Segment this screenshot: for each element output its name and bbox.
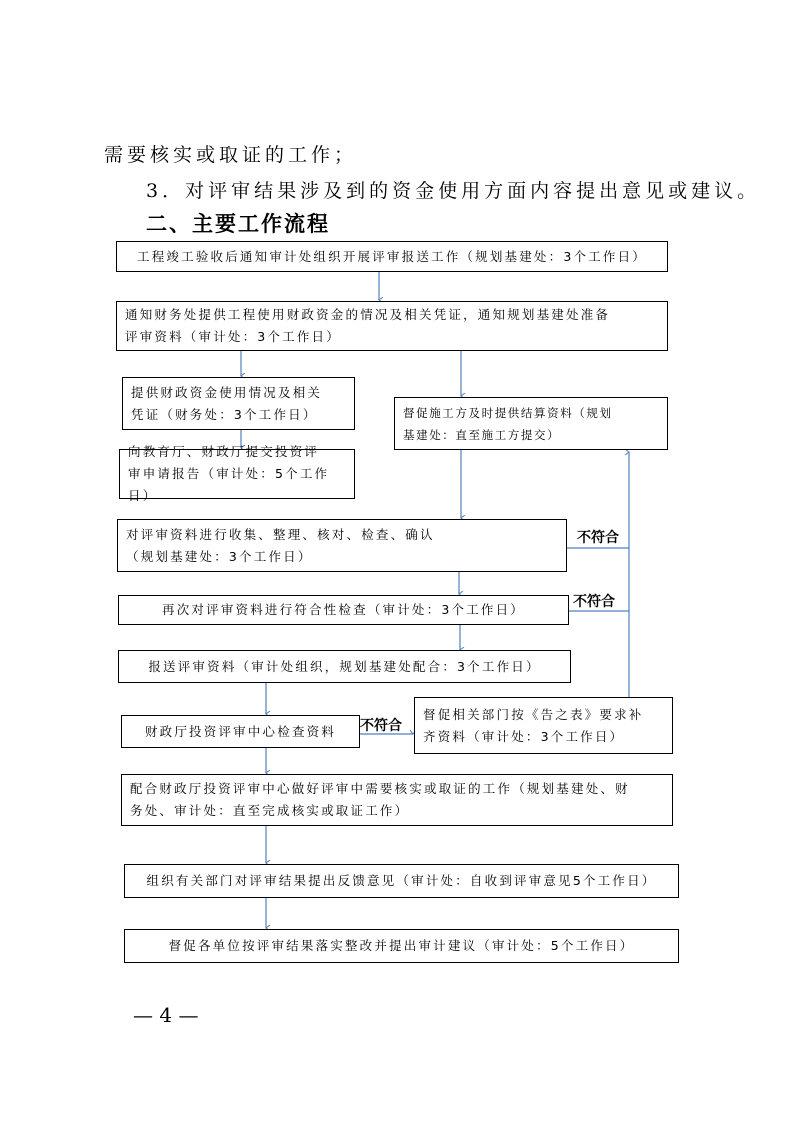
flow-step-text: 报送评审资料（审计处组织，规划基建处配合：3个工作日） — [148, 656, 540, 678]
flow-step-rectification: 督促各单位按评审结果落实整改并提出审计建议（审计处：5个工作日） — [124, 929, 679, 963]
flow-step-text: 再次对评审资料进行符合性检查（审计处：3个工作日） — [162, 599, 525, 621]
flow-step-cooperate-verification: 配合财政厅投资评审中心做好评审中需要核实或取证的工作（规划基建处、财 务处、审计… — [121, 774, 673, 826]
flow-step-completion-notice: 工程竣工验收后通知审计处组织开展评审报送工作（规划基建处：3个工作日） — [116, 241, 668, 272]
flow-step-text-line2: 评审资料（审计处：3个工作日） — [125, 326, 659, 348]
flow-step-text-line1: 配合财政厅投资评审中心做好评审中需要核实或取证的工作（规划基建处、财 — [130, 778, 664, 800]
page-number: — 4 — — [133, 1003, 198, 1027]
section-heading: 二、主要工作流程 — [146, 208, 330, 238]
flow-step-urge-contractor: 督促施工方及时提供结算资料（规划 基建处：直至施工方提交） — [394, 397, 668, 450]
flow-step-text-line2: 务处、审计处：直至完成核实或取证工作） — [130, 800, 664, 822]
flow-step-text-line2: 凭证（财务处：3个工作日） — [131, 404, 346, 426]
body-text-line-1: 需要核实或取证的工作； — [104, 140, 357, 167]
fail-label-3: 不符合 — [360, 715, 402, 735]
flow-step-text-line2: 审申请报告（审计处：5个工作日） — [128, 463, 346, 507]
flow-step-notify-finance: 通知财务处提供工程使用财政资金的情况及相关凭证，通知规划基建处准备 评审资料（审… — [116, 301, 668, 351]
flow-step-text: 财政厅投资评审中心检查资料 — [145, 721, 336, 743]
flow-step-provide-fund-evidence: 提供财政资金使用情况及相关 凭证（财务处：3个工作日） — [122, 377, 355, 430]
flow-step-submit-application: 向教育厅、财政厅提交投资评 审申请报告（审计处：5个工作日） — [119, 449, 355, 499]
flow-step-supplement-materials: 督促相关部门按《告之表》要求补 齐资料（审计处：3个工作日） — [414, 697, 673, 754]
flow-step-text-line1: 对评审资料进行收集、整理、核对、检查、确认 — [126, 524, 558, 546]
flow-step-text-line1: 督促施工方及时提供结算资料（规划 — [403, 402, 659, 424]
flow-step-review-center-check: 财政厅投资评审中心检查资料 — [121, 715, 360, 748]
flow-step-submit-materials: 报送评审资料（审计处组织，规划基建处配合：3个工作日） — [118, 650, 571, 683]
flow-step-text-line2: 齐资料（审计处：3个工作日） — [423, 726, 664, 748]
body-text-line-2: 3．对评审结果涉及到的资金使用方面内容提出意见或建议。 — [146, 176, 760, 203]
flow-step-compliance-check: 再次对评审资料进行符合性检查（审计处：3个工作日） — [118, 595, 569, 625]
flow-step-text-line2: 基建处：直至施工方提交） — [403, 424, 659, 446]
flow-step-collect-materials: 对评审资料进行收集、整理、核对、检查、确认 （规划基建处：3个工作日） — [117, 519, 567, 572]
flow-step-text-line1: 向教育厅、财政厅提交投资评 — [128, 441, 346, 463]
fail-label-1: 不符合 — [577, 527, 619, 547]
flow-step-text-line1: 通知财务处提供工程使用财政资金的情况及相关凭证，通知规划基建处准备 — [125, 304, 659, 326]
flow-step-feedback: 组织有关部门对评审结果提出反馈意见（审计处：自收到评审意见5个工作日） — [124, 864, 679, 898]
flow-step-text-line2: （规划基建处：3个工作日） — [126, 546, 558, 568]
flow-step-text-line1: 督促相关部门按《告之表》要求补 — [423, 704, 664, 726]
flow-step-text-line1: 提供财政资金使用情况及相关 — [131, 382, 346, 404]
flow-step-text: 督促各单位按评审结果落实整改并提出审计建议（审计处：5个工作日） — [169, 935, 635, 957]
fail-label-2: 不符合 — [573, 591, 615, 611]
flow-step-text: 组织有关部门对评审结果提出反馈意见（审计处：自收到评审意见5个工作日） — [147, 870, 657, 892]
flow-step-text: 工程竣工验收后通知审计处组织开展评审报送工作（规划基建处：3个工作日） — [137, 246, 647, 268]
